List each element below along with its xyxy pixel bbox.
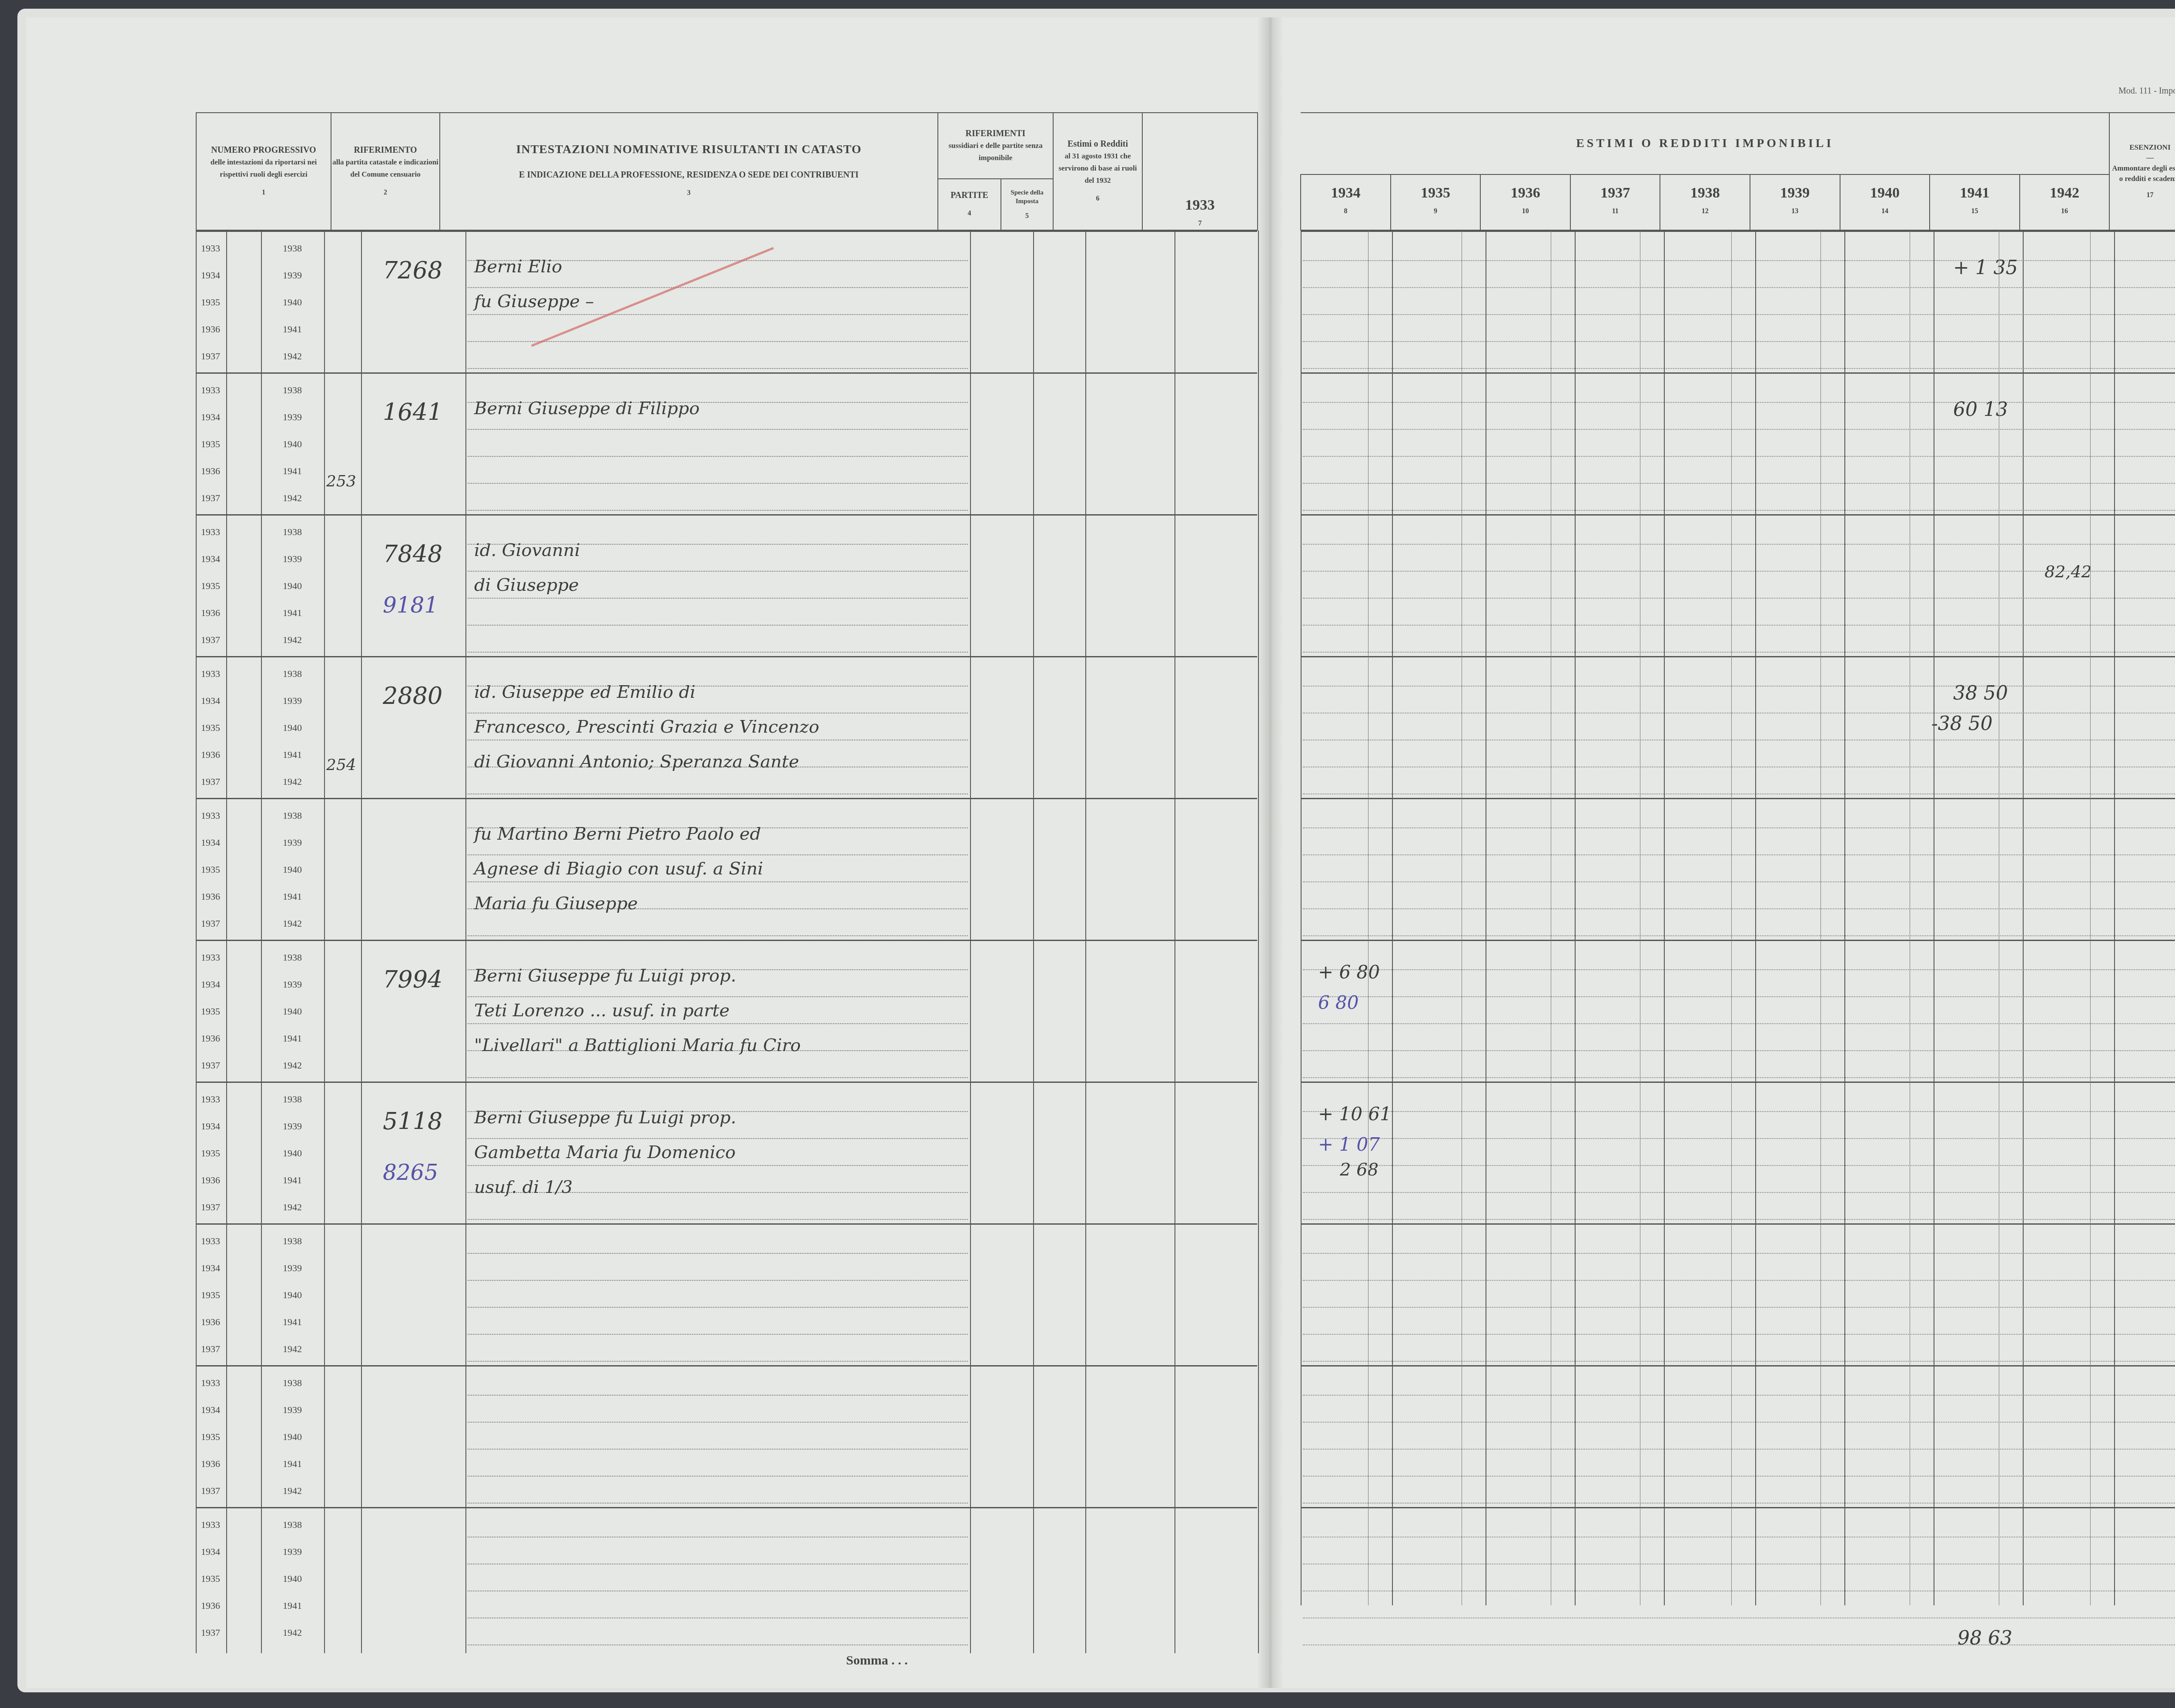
writing-line [1303, 510, 2175, 511]
year-label-right: 1940 [283, 1573, 302, 1584]
col6-title: Estimi o Redditi [1054, 138, 1142, 150]
writing-line [1303, 1334, 2175, 1335]
year-label-right: 1941 [283, 891, 302, 902]
writing-line [468, 625, 968, 626]
writing-line [1303, 1138, 2175, 1139]
cents-rule [2090, 231, 2091, 1605]
col1-title: NUMERO PROGRESSIVO [197, 144, 331, 156]
left-header: NUMERO PROGRESSIVO delle intestazioni da… [196, 112, 1258, 231]
col2-title: RIFERIMENTO [331, 144, 439, 156]
entry-divider-right [1301, 1507, 2175, 1508]
writing-line [1303, 544, 2175, 545]
writing-line [1303, 996, 2175, 997]
writing-line [1303, 881, 2175, 882]
intestazione-line: Berni Giuseppe di Filippo [474, 399, 699, 419]
year-label-right: 1940 [283, 1431, 302, 1443]
esenzioni-text: Ammontare degli estimi o redditi e scade… [2110, 163, 2175, 184]
writing-line [1303, 1591, 2175, 1591]
entry-divider-left [196, 940, 1257, 941]
year-label-left: 1934 [201, 1404, 220, 1416]
year-label-left: 1934 [201, 695, 220, 707]
col6-num: 6 [1054, 193, 1142, 205]
year-label-right: 1940 [283, 722, 302, 733]
writing-line [1303, 935, 2175, 936]
partita-number: 7994 [383, 966, 442, 993]
column-rule [1392, 231, 1393, 1605]
year-label: 1940 [1840, 187, 1930, 199]
writing-line [468, 483, 968, 484]
year-label-left: 1936 [201, 1033, 220, 1044]
year-label-right: 1940 [283, 439, 302, 450]
writing-line [468, 652, 968, 653]
entry-divider-left [196, 231, 1257, 232]
estimi-title: ESTIMI O REDDITI IMPONIBILI [1301, 137, 2109, 150]
year-label-left: 1935 [201, 864, 220, 875]
col-num: 11 [1571, 205, 1660, 218]
writing-line [468, 368, 968, 369]
partita-number: 2880 [383, 682, 442, 710]
esenzioni-title: ESENZIONI [2110, 142, 2175, 153]
year-label-right: 1940 [283, 864, 302, 875]
year-label-right: 1942 [283, 1202, 302, 1213]
writing-line [1303, 827, 2175, 828]
col-num: 15 [1930, 205, 2019, 218]
intestazione-line: Teti Lorenzo ... usuf. in parte [474, 1001, 729, 1021]
header-estimi-imponibili: ESTIMI O REDDITI IMPONIBILI [1301, 113, 2109, 174]
partita-number: 5118 [383, 1108, 442, 1135]
column-rule [1844, 231, 1845, 1605]
year-label-right: 1938 [283, 1377, 302, 1389]
header-year-1939: 193913 [1750, 174, 1840, 230]
value-1941: + 1 35 [1953, 257, 2018, 279]
value-1934-result: 2 68 [1340, 1160, 1379, 1180]
cents-rule [1820, 231, 1821, 1605]
value-1934: + 6 80 [1318, 961, 1380, 983]
writing-line [468, 1280, 968, 1281]
year-label-left: 1933 [201, 952, 220, 963]
writing-line [468, 1165, 968, 1166]
intestazione-line: Berni Elio [474, 257, 562, 277]
cents-rule [1368, 231, 1369, 1605]
intestazione-line: di Giuseppe [474, 575, 579, 595]
year-label-right: 1942 [283, 1485, 302, 1497]
entry-divider-right [1301, 372, 2175, 374]
writing-line [468, 996, 968, 997]
col5-num: 5 [1001, 212, 1053, 221]
year-label-right: 1942 [283, 492, 302, 504]
writing-line [1303, 854, 2175, 855]
writing-line [468, 456, 968, 457]
writing-line [1303, 1503, 2175, 1504]
writing-line [468, 794, 968, 794]
writing-line [1303, 368, 2175, 369]
year-label-left: 1936 [201, 1316, 220, 1328]
col3-subtitle: E INDICAZIONE DELLA PROFESSIONE, RESIDEN… [440, 169, 937, 181]
column-rule [1575, 231, 1576, 1605]
writing-line [1303, 969, 2175, 970]
year-label-right: 1942 [283, 918, 302, 929]
intestazione-line: id. Giuseppe ed Emilio di [474, 682, 696, 702]
header-year-1934: 19348 [1301, 174, 1391, 230]
year-label-right: 1939 [283, 1404, 302, 1416]
column-rule [1486, 231, 1486, 1605]
partite-label: PARTITE [938, 189, 1000, 201]
entry-divider-right [1301, 1082, 2175, 1083]
year-label-left: 1936 [201, 891, 220, 902]
year-label-left: 1933 [201, 243, 220, 254]
writing-line [468, 598, 968, 599]
year-label-left: 1933 [201, 810, 220, 821]
year-label-right: 1938 [283, 1519, 302, 1531]
year-label-left: 1937 [201, 634, 220, 646]
col3-title: INTESTAZIONI NOMINATIVE RISULTANTI IN CA… [440, 144, 937, 156]
writing-line [1303, 1618, 2175, 1618]
year-label-left: 1934 [201, 979, 220, 990]
writing-line [468, 1564, 968, 1564]
writing-line [1303, 456, 2175, 457]
year-label-right: 1939 [283, 837, 302, 848]
column-rule [2114, 231, 2115, 1605]
col1-num: 1 [197, 187, 331, 199]
writing-line [1303, 1361, 2175, 1362]
year-label-right: 1942 [283, 1627, 302, 1638]
header-year-1937: 193711 [1570, 174, 1660, 230]
year-label-right: 1941 [283, 1600, 302, 1611]
header-year-1936: 193610 [1480, 174, 1570, 230]
year-label-right: 1939 [283, 270, 302, 281]
year-label-left: 1937 [201, 1343, 220, 1355]
partita-number: 7268 [383, 257, 442, 284]
header-col-1933: 1933 7 [1142, 113, 1258, 230]
writing-line [468, 1253, 968, 1254]
writing-line [468, 740, 968, 740]
entry-divider-right [1301, 1223, 2175, 1225]
entry-divider-left [196, 1082, 1257, 1083]
header-col-intestazioni: INTESTAZIONI NOMINATIVE RISULTANTI IN CA… [440, 113, 938, 230]
column-rule [261, 231, 262, 1653]
value-1941: 60 13 [1953, 399, 2008, 421]
year-label-left: 1935 [201, 1573, 220, 1584]
writing-line [468, 1476, 968, 1477]
year-label-right: 1939 [283, 553, 302, 565]
writing-line [468, 1334, 968, 1335]
year-label-right: 1938 [283, 1094, 302, 1105]
year-label-right: 1938 [283, 668, 302, 680]
writing-line [468, 571, 968, 572]
writing-line [468, 1644, 968, 1645]
year-label-right: 1938 [283, 243, 302, 254]
writing-line [1303, 1422, 2175, 1423]
writing-line [468, 1449, 968, 1450]
year-label-left: 1937 [201, 1060, 220, 1071]
year-label-left: 1937 [201, 351, 220, 362]
year-label-left: 1935 [201, 297, 220, 308]
writing-line [1303, 713, 2175, 713]
value-1934-correction: + 1 07 [1318, 1134, 1380, 1155]
year-label-right: 1938 [283, 526, 302, 538]
year-label-right: 1938 [283, 385, 302, 396]
writing-line [1303, 402, 2175, 403]
value-1941-correction: -38 50 [1931, 713, 1993, 735]
year-label-right: 1938 [283, 1236, 302, 1247]
year-label-left: 1935 [201, 722, 220, 733]
column-rule [1174, 231, 1175, 1653]
year-label-left: 1934 [201, 270, 220, 281]
entry-divider-left [196, 514, 1257, 516]
year-label-right: 1941 [283, 1033, 302, 1044]
year-label-left: 1933 [201, 526, 220, 538]
writing-line [468, 935, 968, 936]
writing-line [468, 881, 968, 882]
year-label-left: 1933 [201, 1377, 220, 1389]
book-gutter [1257, 17, 1283, 1688]
writing-line [468, 1307, 968, 1308]
entry-divider-right [1301, 231, 2175, 232]
header-col-riferimento: RIFERIMENTO alla partita catastale e ind… [331, 113, 440, 230]
entry-divider-left [196, 372, 1257, 374]
writing-line [1303, 1077, 2175, 1078]
year-label-right: 1940 [283, 1148, 302, 1159]
year-label-left: 1935 [201, 1148, 220, 1159]
entry-divider-right [1301, 1365, 2175, 1366]
year-label-left: 1935 [201, 580, 220, 592]
cents-rule [1999, 231, 1999, 1605]
writing-line [1303, 1564, 2175, 1564]
writing-line [1303, 1192, 2175, 1193]
year-label: 1937 [1571, 187, 1660, 199]
writing-line [1303, 1219, 2175, 1220]
writing-line [1303, 625, 2175, 626]
progressivo-number: 253 [326, 472, 356, 490]
right-header-spacer [1288, 113, 1301, 230]
col-num: 9 [1391, 205, 1480, 218]
entry-divider-right [1301, 798, 2175, 799]
value-1934: + 10 61 [1318, 1103, 1392, 1125]
year-label-left: 1937 [201, 492, 220, 504]
header-col-estimi-1931: Estimi o Redditi al 31 agosto 1931 che s… [1053, 113, 1142, 230]
year-label: 1941 [1930, 187, 2019, 199]
column-rule [226, 231, 227, 1653]
writing-line [468, 1395, 968, 1396]
writing-line [1303, 1165, 2175, 1166]
col2-num: 2 [331, 187, 439, 199]
value-1942: 82,42 [2044, 562, 2092, 581]
entry-divider-left [196, 1365, 1257, 1366]
column-rule [1664, 231, 1665, 1605]
year-label-left: 1933 [201, 385, 220, 396]
year-label-left: 1936 [201, 1458, 220, 1470]
writing-line [1303, 1253, 2175, 1254]
form-model-label: Mod. 111 - Imposte Dirette (Intercalare)… [2118, 86, 2175, 96]
writing-line [468, 1591, 968, 1591]
somma-label: Somma . . . [846, 1653, 908, 1668]
year-label-right: 1942 [283, 1343, 302, 1355]
entry-divider-right [1301, 514, 2175, 516]
year-label-left: 1937 [201, 918, 220, 929]
writing-line [468, 1219, 968, 1220]
cents-rule [1731, 231, 1732, 1605]
writing-line [468, 314, 968, 315]
year-label-left: 1933 [201, 1236, 220, 1247]
col-num: 12 [1660, 205, 1750, 218]
header-year-1940: 194014 [1840, 174, 1930, 230]
col1-text: delle intestazioni da riportarsi nei ris… [197, 156, 331, 181]
year-label-left: 1934 [201, 1546, 220, 1557]
cents-rule [1551, 231, 1551, 1605]
writing-line [1303, 598, 2175, 599]
right-header: ESTIMI O REDDITI IMPONIBILI ESENZIONI — … [1288, 112, 2175, 231]
year-label-right: 1938 [283, 810, 302, 821]
col45-title: RIFERIMENTI [938, 127, 1053, 140]
cents-rule [1910, 231, 1910, 1605]
partita-number-new: 8265 [383, 1160, 438, 1185]
partita-number-new: 9181 [383, 593, 438, 618]
col-num: 14 [1840, 205, 1930, 218]
year-label-left: 1934 [201, 1263, 220, 1274]
writing-line [468, 1077, 968, 1078]
writing-line [1303, 314, 2175, 315]
year-label: 1939 [1750, 187, 1840, 199]
writing-line [468, 1138, 968, 1139]
header-specie: Specie della Imposta 5 [1001, 179, 1053, 230]
writing-line [1303, 908, 2175, 909]
writing-line [468, 1503, 968, 1504]
header-col-progressivo: NUMERO PROGRESSIVO delle intestazioni da… [196, 113, 331, 230]
writing-line [468, 1537, 968, 1537]
year-label-left: 1935 [201, 1431, 220, 1443]
col-num: 13 [1750, 205, 1840, 218]
total-1941: 98 63 [1957, 1627, 2012, 1649]
intestazione-line: Berni Giuseppe fu Luigi prop. [474, 1108, 736, 1128]
entry-divider-left [196, 656, 1257, 657]
year-label-left: 1936 [201, 749, 220, 760]
partita-number: 1641 [383, 399, 442, 426]
writing-line [1303, 287, 2175, 288]
col17-num: 17 [2110, 190, 2175, 201]
writing-line [1303, 1307, 2175, 1308]
column-rule [1085, 231, 1086, 1653]
entry-divider-left [196, 1507, 1257, 1508]
year-label-left: 1936 [201, 1600, 220, 1611]
year-label-right: 1942 [283, 634, 302, 646]
writing-line [468, 1361, 968, 1362]
header-partite: PARTITE 4 [938, 179, 1001, 230]
writing-line [468, 713, 968, 713]
year-label-right: 1939 [283, 695, 302, 707]
year-label-left: 1933 [201, 1094, 220, 1105]
year-label-right: 1942 [283, 1060, 302, 1071]
writing-line [1303, 341, 2175, 342]
value-1934-correction: 6 80 [1318, 992, 1359, 1013]
year-label-left: 1933 [201, 668, 220, 680]
column-rule [1755, 231, 1756, 1605]
year-label-right: 1942 [283, 776, 302, 787]
year-label-left: 1935 [201, 439, 220, 450]
col2-text: alla partita catastale e indicazioni del… [331, 156, 439, 181]
left-body-grid [196, 231, 1259, 1653]
year-label-left: 1936 [201, 607, 220, 619]
writing-line [468, 287, 968, 288]
right-body-grid [1301, 231, 2175, 1605]
partita-number: 7848 [383, 540, 442, 568]
year-label-right: 1939 [283, 412, 302, 423]
intestazione-line: usuf. di 1/3 [474, 1177, 572, 1197]
year-label-left: 1934 [201, 412, 220, 423]
writing-line [468, 854, 968, 855]
writing-line [1303, 1449, 2175, 1450]
column-rule [1033, 231, 1034, 1653]
cents-rule [1462, 231, 1462, 1605]
writing-line [1303, 767, 2175, 767]
year-label-right: 1941 [283, 466, 302, 477]
year-label-left: 1937 [201, 1485, 220, 1497]
year-label-left: 1934 [201, 1121, 220, 1132]
entry-divider-right [1301, 940, 2175, 941]
writing-line [1303, 429, 2175, 430]
entry-divider-left [196, 798, 1257, 799]
column-rule [465, 231, 466, 1653]
year-label-left: 1934 [201, 553, 220, 565]
intestazione-line: Gambetta Maria fu Domenico [474, 1142, 736, 1162]
year-label: 1942 [2020, 187, 2109, 199]
year-label-right: 1941 [283, 607, 302, 619]
writing-line [1303, 1395, 2175, 1396]
year-label-left: 1937 [201, 1202, 220, 1213]
intestazione-line: fu Martino Berni Pietro Paolo ed [474, 824, 761, 844]
writing-line [1303, 1644, 2175, 1645]
year-label-left: 1934 [201, 837, 220, 848]
writing-line [1303, 1111, 2175, 1112]
column-rule [324, 231, 325, 1653]
entry-divider-left [196, 1223, 1257, 1225]
col7-year: 1933 [1143, 199, 1257, 211]
year-label-left: 1935 [201, 1289, 220, 1301]
intestazione-line: "Livellari" a Battiglioni Maria fu Ciro [474, 1035, 801, 1055]
writing-line [1303, 1280, 2175, 1281]
year-label-left: 1937 [201, 1627, 220, 1638]
writing-line [1303, 1050, 2175, 1051]
writing-line [468, 1422, 968, 1423]
intestazione-line: Maria fu Giuseppe [474, 894, 638, 914]
header-esenzioni: ESENZIONI — Ammontare degli estimi o red… [2109, 113, 2175, 230]
intestazione-line: Francesco, Prescinti Grazia e Vincenzo [474, 717, 819, 737]
writing-line [468, 510, 968, 511]
col7-num: 7 [1143, 218, 1257, 230]
header-col-riferimenti: RIFERIMENTI sussidiari e delle partite s… [938, 113, 1053, 179]
header-year-1935: 19359 [1391, 174, 1481, 230]
col3-num: 3 [440, 187, 937, 199]
writing-line [468, 429, 968, 430]
header-year-1942: 194216 [2020, 174, 2110, 230]
writing-line [1303, 1023, 2175, 1024]
year-label-left: 1936 [201, 1175, 220, 1186]
year-label-right: 1939 [283, 1263, 302, 1274]
writing-line [1303, 1537, 2175, 1537]
writing-line [1303, 1476, 2175, 1477]
intestazione-line: di Giovanni Antonio; Speranza Sante [474, 752, 799, 772]
intestazione-line: Agnese di Biagio con usuf. a Sini [474, 859, 763, 879]
writing-line [1303, 260, 2175, 261]
year-label-right: 1942 [283, 351, 302, 362]
writing-line [1303, 652, 2175, 653]
intestazione-line: Berni Giuseppe fu Luigi prop. [474, 966, 736, 986]
writing-line [1303, 740, 2175, 740]
entry-divider-right [1301, 656, 2175, 657]
column-rule [1934, 231, 1934, 1605]
year-label-right: 1939 [283, 979, 302, 990]
year-label-right: 1941 [283, 1458, 302, 1470]
col45-text: sussidiari e delle partite senza imponib… [938, 140, 1053, 164]
